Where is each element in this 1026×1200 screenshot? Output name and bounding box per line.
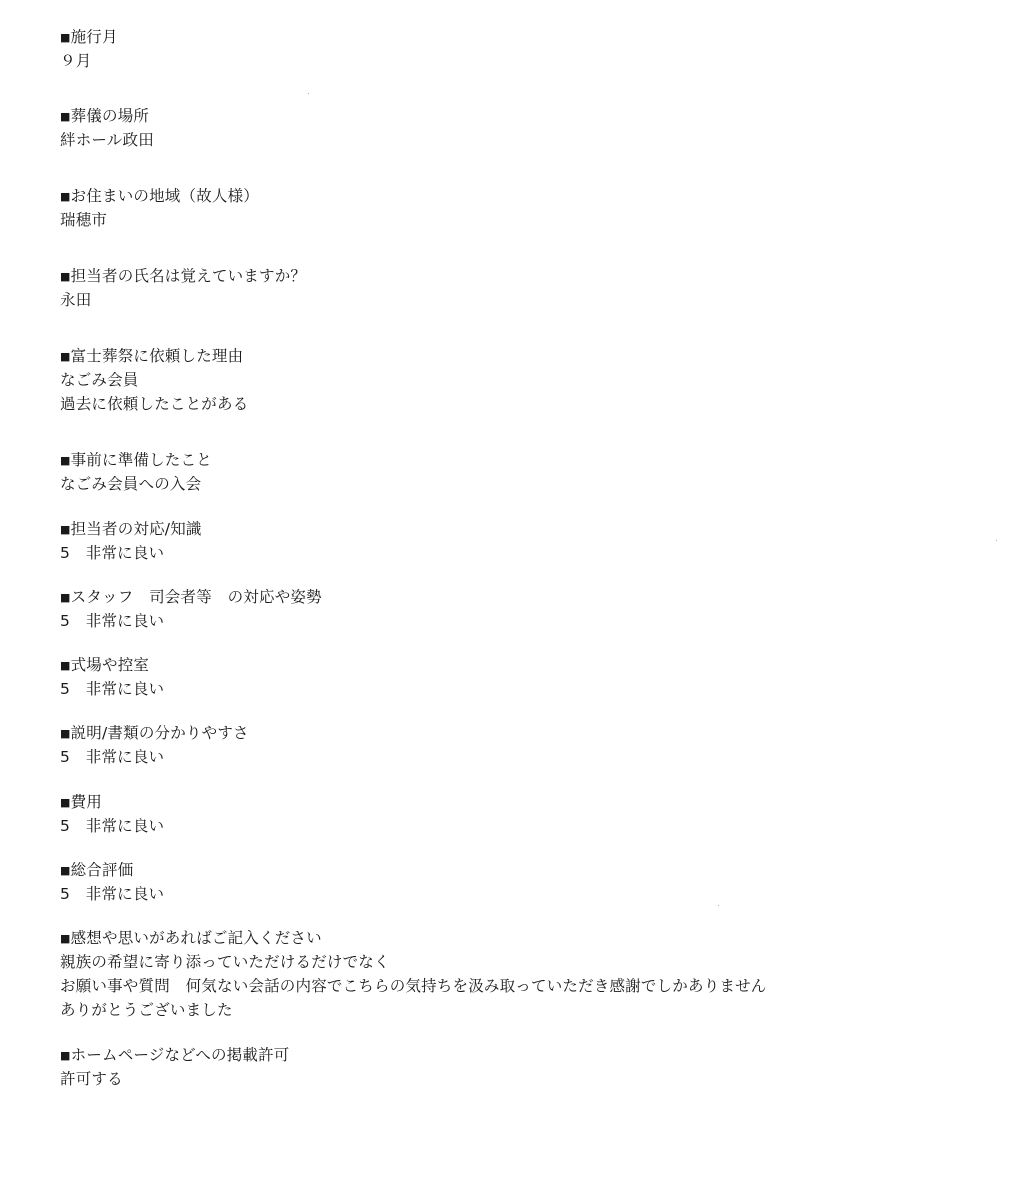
question-label: ■担当者の対応/知識: [60, 517, 202, 541]
answer-text: なごみ会員への入会: [60, 472, 212, 496]
section-residence-area: ■お住まいの地域（故人様） 瑞穂市: [60, 184, 259, 232]
section-venue-rooms: ■式場や控室 5 非常に良い: [60, 653, 164, 701]
bullet-square-icon: ■: [60, 727, 71, 740]
section-cost: ■費用 5 非常に良い: [60, 790, 164, 838]
answer-text: なごみ会員: [60, 368, 248, 392]
answer-text: ありがとうございました: [60, 998, 767, 1022]
question-label: ■スタッフ 司会者等 の対応や姿勢: [60, 585, 322, 609]
answer-text: 瑞穂市: [60, 208, 259, 232]
section-reason: ■富士葬祭に依頼した理由 なごみ会員 過去に依頼したことがある: [60, 344, 248, 416]
bullet-square-icon: ■: [60, 190, 71, 203]
bullet-square-icon: ■: [60, 932, 71, 945]
answer-text: 5 非常に良い: [60, 609, 322, 633]
question-label: ■施行月: [60, 25, 118, 49]
answer-text: 5 非常に良い: [60, 814, 164, 838]
answer-text: 絆ホール政田: [60, 128, 154, 152]
question-label: ■ホームページなどへの掲載許可: [60, 1043, 289, 1067]
question-label: ■総合評価: [60, 858, 164, 882]
section-preparation: ■事前に準備したこと なごみ会員への入会: [60, 448, 212, 496]
section-funeral-venue: ■葬儀の場所 絆ホール政田: [60, 104, 154, 152]
bullet-square-icon: ■: [60, 659, 71, 672]
answer-text: 過去に依頼したことがある: [60, 392, 248, 416]
answer-text: 5 非常に良い: [60, 745, 249, 769]
bullet-square-icon: ■: [60, 270, 71, 283]
answer-text: 5 非常に良い: [60, 541, 202, 565]
question-label: ■葬儀の場所: [60, 104, 154, 128]
answer-text: 永田: [60, 288, 306, 312]
section-staff-attitude: ■スタッフ 司会者等 の対応や姿勢 5 非常に良い: [60, 585, 322, 633]
answer-text: 許可する: [60, 1067, 289, 1091]
answer-text: ９月: [60, 49, 118, 73]
question-label: ■式場や控室: [60, 653, 164, 677]
question-label: ■担当者の氏名は覚えていますか？: [60, 264, 306, 288]
section-explanation: ■説明/書類の分かりやすさ 5 非常に良い: [60, 721, 249, 769]
question-label: ■富士葬祭に依頼した理由: [60, 344, 248, 368]
bullet-square-icon: ■: [60, 796, 71, 809]
scan-speck: [718, 905, 719, 906]
question-label: ■説明/書類の分かりやすさ: [60, 721, 249, 745]
question-label: ■お住まいの地域（故人様）: [60, 184, 259, 208]
answer-text: 親族の希望に寄り添っていただけるだけでなく: [60, 950, 767, 974]
bullet-square-icon: ■: [60, 591, 71, 604]
bullet-square-icon: ■: [60, 454, 71, 467]
section-overall-rating: ■総合評価 5 非常に良い: [60, 858, 164, 906]
bullet-square-icon: ■: [60, 864, 71, 877]
section-staff-knowledge: ■担当者の対応/知識 5 非常に良い: [60, 517, 202, 565]
bullet-square-icon: ■: [60, 1049, 71, 1062]
scan-speck: [308, 93, 309, 94]
answer-text: 5 非常に良い: [60, 677, 164, 701]
answer-text: 5 非常に良い: [60, 882, 164, 906]
question-label: ■費用: [60, 790, 164, 814]
section-comments: ■感想や思いがあればご記入ください 親族の希望に寄り添っていただけるだけでなく …: [60, 926, 767, 1022]
section-staff-name: ■担当者の氏名は覚えていますか？ 永田: [60, 264, 306, 312]
bullet-square-icon: ■: [60, 31, 71, 44]
bullet-square-icon: ■: [60, 523, 71, 536]
question-label: ■感想や思いがあればご記入ください: [60, 926, 767, 950]
bullet-square-icon: ■: [60, 350, 71, 363]
question-label: ■事前に準備したこと: [60, 448, 212, 472]
section-publication-permission: ■ホームページなどへの掲載許可 許可する: [60, 1043, 289, 1091]
scan-speck: [996, 540, 997, 541]
section-month: ■施行月 ９月: [60, 25, 118, 73]
answer-text: お願い事や質問 何気ない会話の内容でこちらの気持ちを汲み取っていただき感謝でしか…: [60, 974, 767, 998]
bullet-square-icon: ■: [60, 110, 71, 123]
